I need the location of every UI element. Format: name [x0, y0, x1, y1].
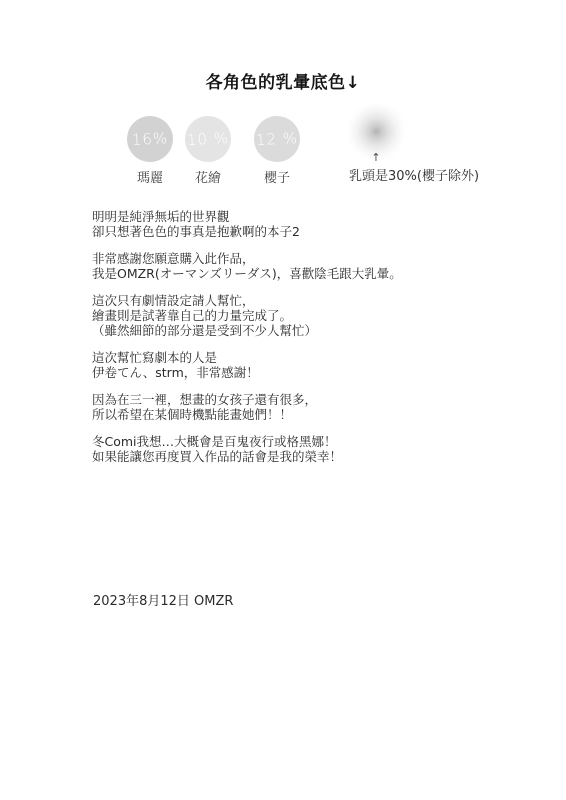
afterword-page: 各角色的乳暈底色↓ 16% 瑪麗 10 % 花繪 12 % 櫻子 ↑ 乳頭是30… — [0, 0, 566, 800]
swatch-label-mari: 瑪麗 — [118, 167, 182, 186]
swatch-label-hanae: 花繪 — [176, 167, 240, 186]
text-line: 冬Comi我想…大概會是百鬼夜行或格黑娜！ — [92, 434, 337, 449]
page-title: 各角色的乳暈底色↓ — [0, 68, 566, 93]
color-circle-hanae: 10 % — [184, 115, 232, 163]
nipple-caption: 乳頭是30%(櫻子除外) — [349, 165, 479, 184]
paragraph-4: 這次幫忙寫劇本的人是 伊卷てん、strm，非常感謝！ — [92, 350, 512, 380]
paragraph-2: 非常感謝您願意購入此作品， 我是OMZR(オーマンズリーダス)，喜歡陰毛跟大乳暈… — [92, 251, 512, 281]
paragraph-3: 這次只有劇情設定請人幫忙， 繪畫則是試著靠自己的力量完成了。 （雖然細節的部分還… — [92, 293, 512, 338]
text-line: 因為在三一裡，想畫的女孩子還有很多， — [92, 392, 317, 407]
color-circle-mari: 16% — [126, 115, 174, 163]
text-line: （雖然細節的部分還是受到不少人幫忙） — [92, 323, 317, 338]
text-line: 這次幫忙寫劇本的人是 — [92, 350, 217, 365]
text-line: 明明是純淨無垢的世界觀 — [92, 209, 230, 224]
text-line: 繪畫則是試著靠自己的力量完成了。 — [92, 308, 292, 323]
afterword-body: 明明是純淨無垢的世界觀 卻只想著色色的事真是抱歉啊的本子2 非常感謝您願意購入此… — [92, 209, 512, 476]
text-line: 伊卷てん、strm，非常感謝！ — [92, 365, 259, 380]
swatch-value: 12 % — [255, 129, 298, 149]
paragraph-1: 明明是純淨無垢的世界觀 卻只想著色色的事真是抱歉啊的本子2 — [92, 209, 512, 239]
up-arrow-icon: ↑ — [368, 152, 384, 163]
paragraph-5: 因為在三一裡，想畫的女孩子還有很多， 所以希望在某個時機點能畫她們！！ — [92, 392, 512, 422]
text-line: 如果能讓您再度買入作品的話會是我的榮幸！ — [92, 449, 342, 464]
paragraph-6: 冬Comi我想…大概會是百鬼夜行或格黑娜！ 如果能讓您再度買入作品的話會是我的榮… — [92, 434, 512, 464]
color-circle-sakurako: 12 % — [253, 115, 301, 163]
swatch-mari: 16% 瑪麗 — [118, 116, 182, 186]
text-line: 所以希望在某個時機點能畫她們！！ — [92, 407, 292, 422]
swatch-value: 16% — [131, 129, 168, 149]
text-line: 卻只想著色色的事真是抱歉啊的本子2 — [92, 224, 300, 239]
date-signature: 2023年8月12日 OMZR — [93, 590, 233, 609]
text-line: 非常感謝您願意購入此作品， — [92, 251, 255, 266]
text-line: 我是OMZR(オーマンズリーダス)，喜歡陰毛跟大乳暈。 — [92, 266, 402, 281]
swatch-label-sakurako: 櫻子 — [245, 167, 309, 186]
swatch-hanae: 10 % 花繪 — [176, 116, 240, 186]
swatch-sakurako: 12 % 櫻子 — [245, 116, 309, 186]
text-line: 這次只有劇情設定請人幫忙， — [92, 293, 255, 308]
swatch-value: 10 % — [186, 129, 229, 149]
